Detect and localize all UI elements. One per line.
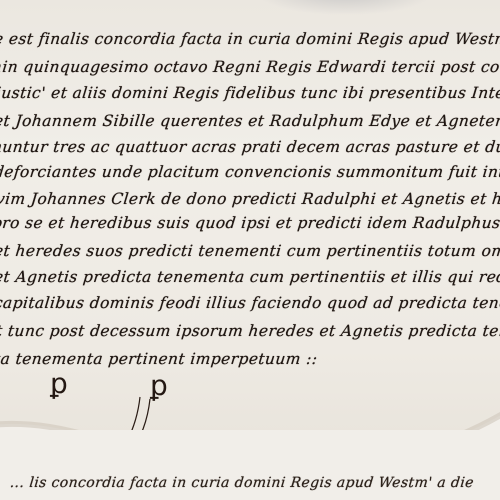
manuscript-line-10: et Agnetis predicta tenementa cum pertin… [0,268,500,286]
manuscript-line-3: iustic' et aliis domini Regis fidelibus … [0,84,500,102]
lower-sheet: ... lis concordia facta in curia domini … [0,430,500,500]
manuscript-line-1: e est finalis concordia facta in curia d… [0,30,500,48]
manuscript-line-13: ta tenementa pertinent imperpetuum :: [0,350,318,368]
top-shadow [255,0,435,15]
manuscript-line-4: et Johannem Sibille querentes et Radulph… [0,112,500,130]
manuscript-line-8: pro se et heredibus suis quod ipsi et pr… [0,214,500,232]
parchment-sheet: e est finalis concordia facta in curia d… [0,0,500,500]
manuscript-line-11: capitalibus dominis feodi illius faciend… [0,294,500,312]
lower-sheet-line: ... lis concordia facta in curia domini … [9,475,474,491]
descender-flourish: ꝑ [50,370,68,398]
manuscript-line-5: nuntur tres ac quattuor acras prati dece… [0,138,500,156]
manuscript-line-6: deforciantes unde placitum convencionis … [0,163,500,181]
manuscript-line-2: hin quinquagesimo octavo Regni Regis Edw… [0,58,500,76]
manuscript-line-7: vim Johannes Clerk de dono predicti Radu… [0,190,500,208]
manuscript-line-9: et heredes suos predicti tenementi cum p… [0,242,500,260]
manuscript-line-12: t tunc post decessum ipsorum heredes et … [0,322,500,340]
